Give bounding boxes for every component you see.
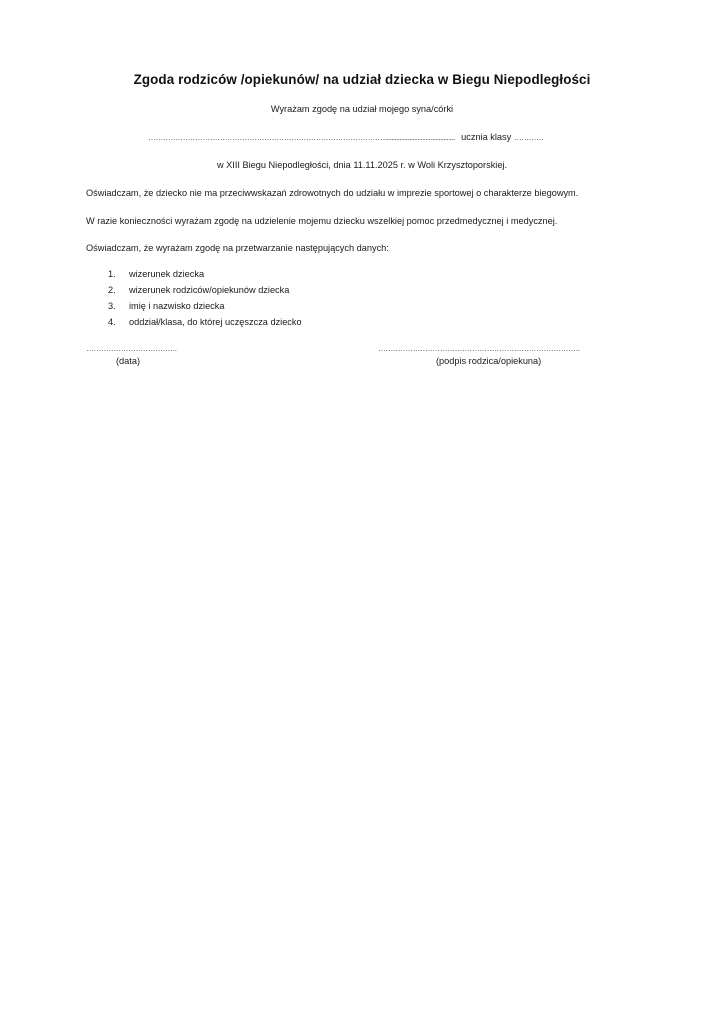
signature-label: (podpis rodzica/opiekuna) <box>436 355 541 367</box>
data-processing-statement: Oświadczam, że wyrażam zgodę na przetwar… <box>86 242 389 254</box>
signature-field[interactable]: ………………………………………………………………………. <box>378 343 579 355</box>
list-item: 3. imię i nazwisko dziecka <box>108 298 408 314</box>
list-item-text: wizerunek rodziców/opiekunów dziecka <box>129 282 289 298</box>
child-name-line: ……………………………………………………………………………………........… <box>148 131 543 144</box>
list-item-text: oddział/klasa, do której uczęszcza dziec… <box>129 314 302 330</box>
list-item-text: imię i nazwisko dziecka <box>129 298 224 314</box>
list-item-number: 4. <box>108 314 116 330</box>
health-statement: Oświadczam, że dziecko nie ma przeciwwsk… <box>86 187 578 199</box>
list-item: 1. wizerunek dziecka <box>108 266 408 282</box>
class-label: ucznia klasy <box>461 132 511 142</box>
event-line: w XIII Biegu Niepodległości, dnia 11.11.… <box>0 159 724 171</box>
list-item: 2. wizerunek rodziców/opiekunów dziecka <box>108 282 408 298</box>
data-items-list: 1. wizerunek dziecka 2. wizerunek rodzic… <box>108 266 408 330</box>
document-title: Zgoda rodziców /opiekunów/ na udział dzi… <box>0 72 724 87</box>
list-item-text: wizerunek dziecka <box>129 266 204 282</box>
consent-intro: Wyrażam zgodę na udział mojego syna/córk… <box>0 103 724 115</box>
date-label: (data) <box>116 355 140 367</box>
child-name-field[interactable]: ……………………………………………………………………………………........… <box>148 133 455 142</box>
medical-consent: W razie konieczności wyrażam zgodę na ud… <box>86 215 557 227</box>
list-item-number: 3. <box>108 298 116 314</box>
list-item-number: 2. <box>108 282 116 298</box>
class-field[interactable]: ………… <box>514 133 544 142</box>
list-item-number: 1. <box>108 266 116 282</box>
list-item: 4. oddział/klasa, do której uczęszcza dz… <box>108 314 408 330</box>
date-field[interactable]: ………………………………. <box>86 343 176 355</box>
